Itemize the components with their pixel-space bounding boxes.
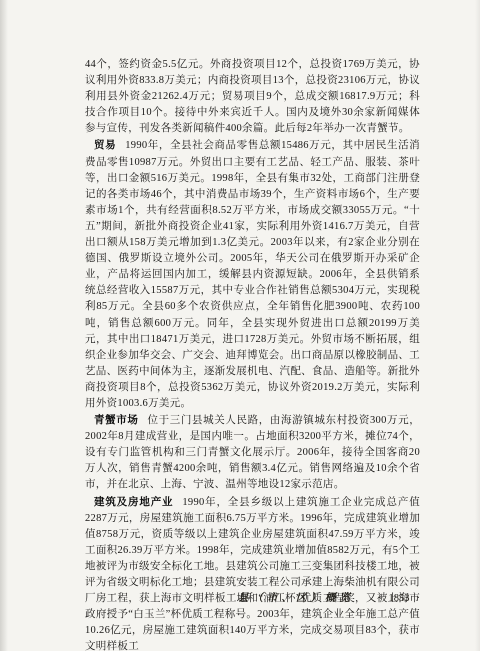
section-heading-crab-market: 青蟹市场 bbox=[94, 414, 139, 426]
section-heading-construction: 建筑及房地产业 bbox=[94, 496, 173, 508]
paragraph-continuation: 44个，签约资金5.5亿元。外商投资项目12个，总投资1769万美元，协议利用外… bbox=[85, 57, 420, 137]
scanned-page: 44个，签约资金5.5亿元。外商投资项目12个，总投资1769万美元，协议利用外… bbox=[0, 0, 480, 651]
paragraph-text: 1990年，全县乡级以上建筑施工企业完成总产值2287万元，房屋建筑施工面积6.… bbox=[85, 497, 420, 651]
paragraph-crab-market: 青蟹市场位于三门县城关人民路，由海游镇城东村投资300万元，2002年8月建成营… bbox=[85, 412, 420, 493]
paragraph-text: 1990年，全县社会商品零售总额15486万元，其中居民生活消费品零售10987… bbox=[85, 140, 420, 409]
footer-page-indicator: · 1853 · bbox=[378, 593, 420, 604]
footer-page-number: 1853 bbox=[389, 593, 410, 604]
footer-dot-right: · bbox=[417, 593, 421, 604]
section-heading-trade: 贸易 bbox=[94, 139, 116, 151]
paragraph-text: 位于三门县城关人民路，由海游镇城东村投资300万元，2002年8月建成营业，是国… bbox=[85, 415, 420, 490]
page-text-block: 44个，签约资金5.5亿元。外商投资项目12个，总投资1769万美元，协议利用外… bbox=[85, 57, 420, 651]
page-footer: 县（市、区）概览 · 1853 · bbox=[238, 590, 420, 605]
footer-section-title: 县（市、区）概览 bbox=[238, 590, 354, 605]
paragraph-trade: 贸易1990年，全县社会商品零售总额15486万元，其中居民生活消费品零售109… bbox=[85, 137, 420, 412]
paragraph-text: 44个，签约资金5.5亿元。外商投资项目12个，总投资1769万美元，协议利用外… bbox=[85, 59, 420, 134]
footer-dot-left: · bbox=[378, 593, 382, 604]
paragraph-construction-real-estate: 建筑及房地产业1990年，全县乡级以上建筑施工企业完成总产值2287万元，房屋建… bbox=[85, 494, 420, 651]
